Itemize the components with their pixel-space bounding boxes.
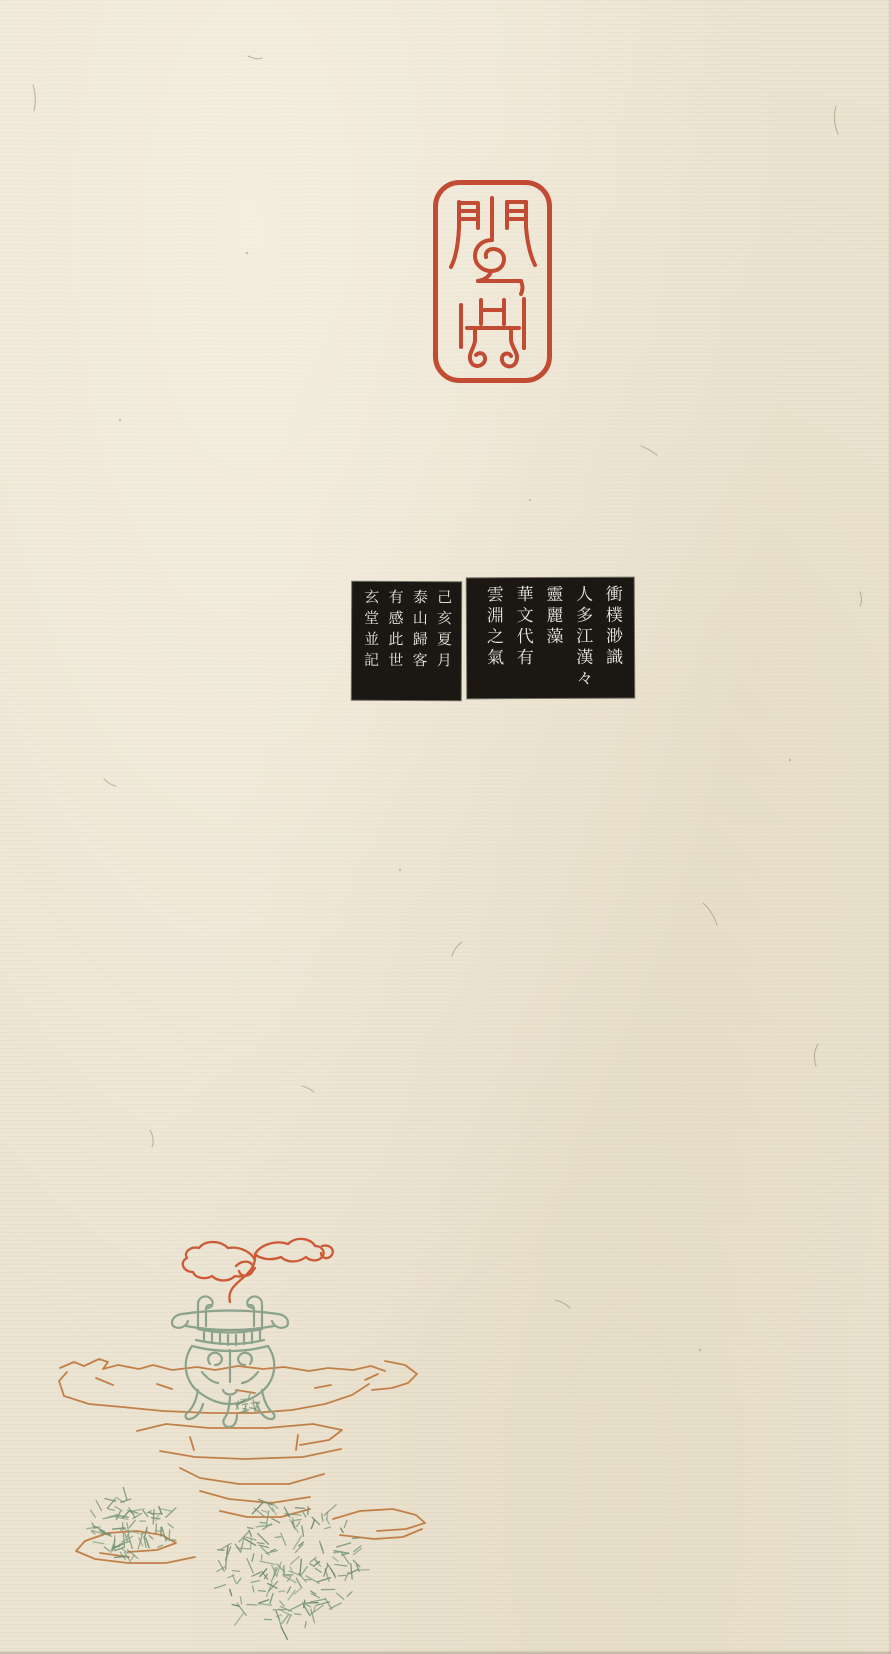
scan-edge-shadow-bottom — [0, 1650, 891, 1654]
colophon-column: 靈麗藻 — [537, 585, 567, 694]
colophon-column: 雲淵之氣 — [477, 585, 507, 694]
colophon-column: 玄堂並記 — [359, 589, 384, 696]
colophon-panel-left: 己亥夏月 泰山歸客 有感此世 玄堂並記 — [352, 582, 461, 700]
evergreen-tufts — [87, 1393, 369, 1640]
seal-character-bottom — [461, 299, 524, 366]
seal-character-top — [451, 198, 535, 294]
colophon-column: 華文代有 — [507, 585, 537, 694]
colophon-column: 己亥夏月 — [432, 589, 457, 696]
colophon-panel-right: 衝樸渺識 人多江漢々 靈麗藻 華文代有 雲淵之氣 — [467, 578, 635, 699]
colophon-column: 人多江漢々 — [566, 585, 596, 694]
censer-illustration — [40, 1150, 460, 1654]
censer-rim — [172, 1311, 288, 1331]
colophon-column: 衝樸渺識 — [596, 585, 626, 694]
censer-neck — [196, 1329, 264, 1345]
bronze-censer — [172, 1297, 288, 1427]
colophon-column: 有感此世 — [383, 589, 408, 696]
rock-ledges — [59, 1359, 425, 1563]
red-seal-stamp — [431, 178, 554, 386]
colophon-column: 泰山歸客 — [407, 589, 432, 696]
incense-smoke — [183, 1239, 333, 1302]
letterpaper-page: 衝樸渺識 人多江漢々 靈麗藻 華文代有 雲淵之氣 己亥夏月 泰山歸客 有感此世 … — [0, 0, 891, 1654]
censer-body — [186, 1346, 275, 1404]
